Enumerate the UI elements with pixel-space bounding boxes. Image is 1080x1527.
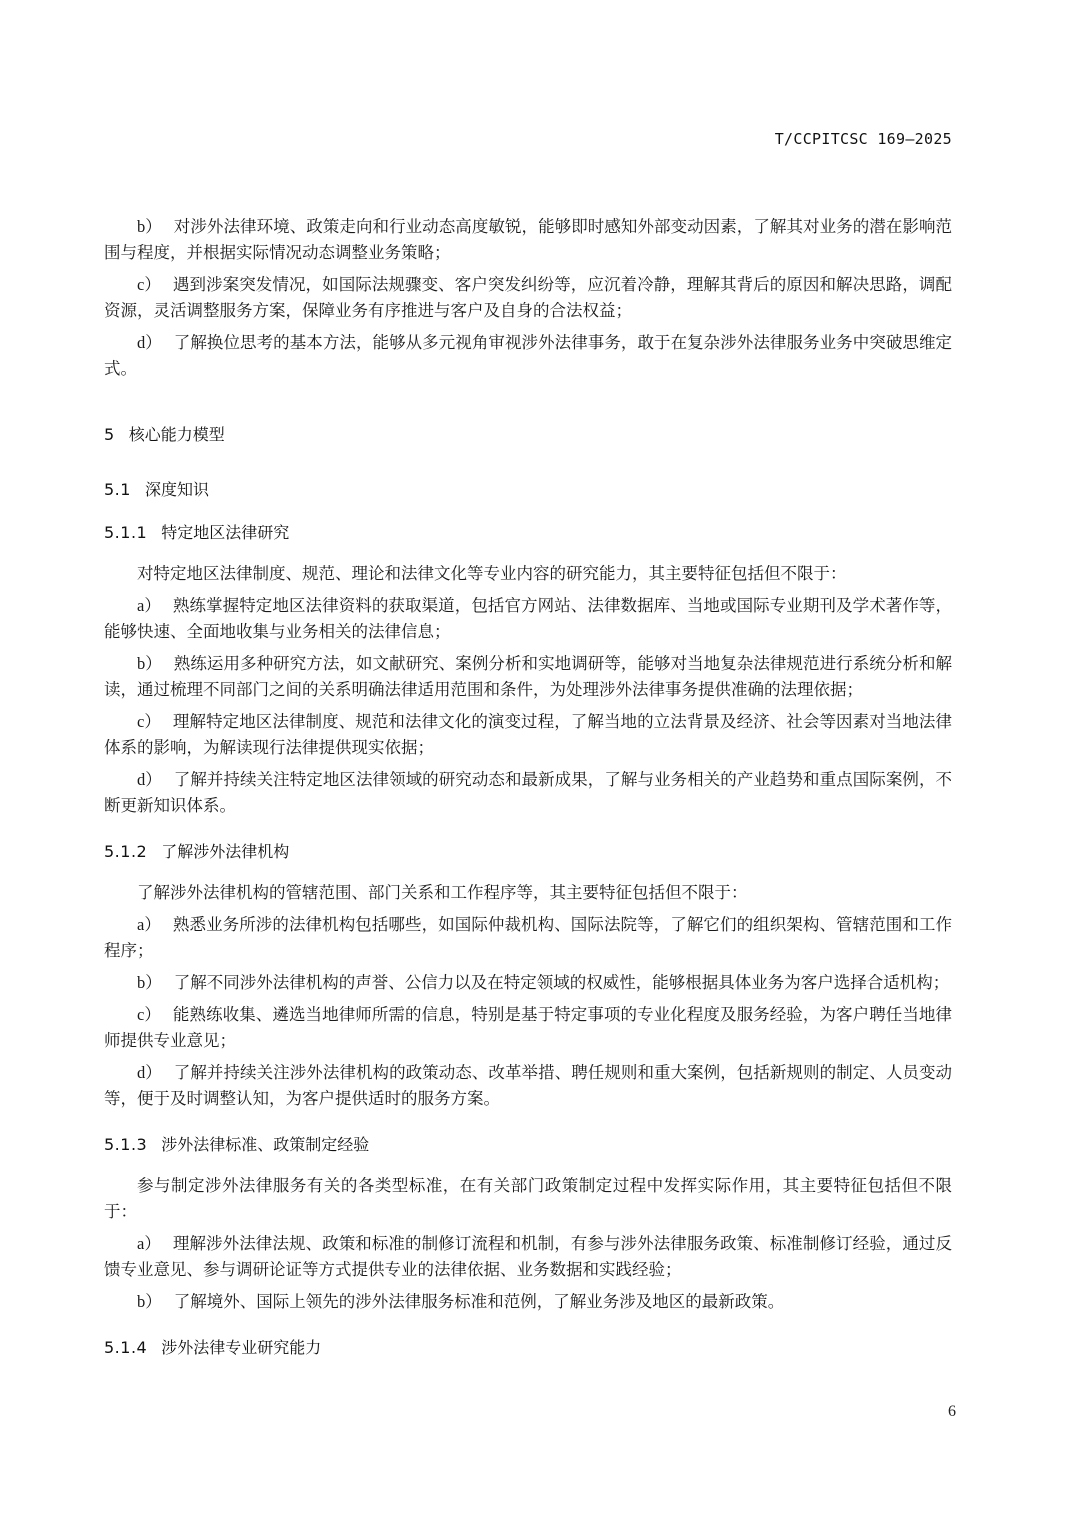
item-text: 了解不同涉外法律机构的声誉、公信力以及在特定领域的权威性，能够根据具体业务为客户… — [174, 973, 950, 992]
clause-heading: 5.1.2了解涉外法律机构 — [104, 839, 952, 862]
section-number: 5 — [104, 425, 115, 444]
clause-heading: 5.1.1特定地区法律研究 — [104, 520, 952, 543]
list-item: a）熟悉业务所涉的法律机构包括哪些，如国际仲裁机构、国际法院等，了解它们的组织架… — [104, 912, 952, 964]
item-label: b） — [137, 214, 162, 240]
section-title: 了解涉外法律机构 — [161, 842, 289, 861]
section-heading: 5核心能力模型 — [104, 422, 952, 445]
section-number: 5.1.4 — [104, 1338, 147, 1357]
item-label: b） — [137, 651, 162, 677]
item-text: 熟练运用多种研究方法，如文献研究、案例分析和实地调研等，能够对当地复杂法律规范进… — [104, 654, 952, 699]
list-item: b）了解境外、国际上领先的涉外法律服务标准和范例，了解业务涉及地区的最新政策。 — [104, 1289, 952, 1315]
list-item: d）了解并持续关注特定地区法律领域的研究动态和最新成果，了解与业务相关的产业趋势… — [104, 767, 952, 819]
section-number: 5.1.1 — [104, 523, 147, 542]
clause-intro: 了解涉外法律机构的管辖范围、部门关系和工作程序等，其主要特征包括但不限于： — [104, 880, 952, 906]
item-label: a） — [137, 912, 161, 938]
clause-intro: 对特定地区法律制度、规范、理论和法律文化等专业内容的研究能力，其主要特征包括但不… — [104, 561, 952, 587]
item-label: c） — [137, 272, 161, 298]
section-title: 涉外法律标准、政策制定经验 — [161, 1135, 369, 1154]
item-label: b） — [137, 970, 162, 996]
item-text: 理解特定地区法律制度、规范和法律文化的演变过程，了解当地的立法背景及经济、社会等… — [104, 712, 952, 757]
section-title: 涉外法律专业研究能力 — [161, 1338, 321, 1357]
item-text: 遇到涉案突发情况，如国际法规骤变、客户突发纠纷等，应沉着冷静，理解其背后的原因和… — [104, 275, 952, 320]
list-item: c）遇到涉案突发情况，如国际法规骤变、客户突发纠纷等，应沉着冷静，理解其背后的原… — [104, 272, 952, 324]
section-number: 5.1.3 — [104, 1135, 147, 1154]
section-number: 5.1 — [104, 480, 131, 499]
document-body: b）对涉外法律环境、政策走向和行业动态高度敏锐，能够即时感知外部变动因素，了解其… — [104, 214, 952, 1358]
list-item: b）了解不同涉外法律机构的声誉、公信力以及在特定领域的权威性，能够根据具体业务为… — [104, 970, 952, 996]
list-item: b）熟练运用多种研究方法，如文献研究、案例分析和实地调研等，能够对当地复杂法律规… — [104, 651, 952, 703]
list-item: d）了解并持续关注涉外法律机构的政策动态、改革举措、聘任规则和重大案例，包括新规… — [104, 1060, 952, 1112]
subsection-heading: 5.1深度知识 — [104, 477, 952, 500]
standard-code: T/CCPITCSC 169—2025 — [775, 130, 952, 148]
list-item: c）理解特定地区法律制度、规范和法律文化的演变过程，了解当地的立法背景及经济、社… — [104, 709, 952, 761]
page-number: 6 — [948, 1403, 956, 1421]
section-number: 5.1.2 — [104, 842, 147, 861]
item-label: b） — [137, 1289, 162, 1315]
item-text: 理解涉外法律法规、政策和标准的制修订流程和机制，有参与涉外法律服务政策、标准制修… — [104, 1234, 952, 1279]
item-text: 对涉外法律环境、政策走向和行业动态高度敏锐，能够即时感知外部变动因素，了解其对业… — [104, 217, 952, 262]
clause-heading: 5.1.3涉外法律标准、政策制定经验 — [104, 1132, 952, 1155]
item-label: c） — [137, 709, 161, 735]
item-text: 熟练掌握特定地区法律资料的获取渠道，包括官方网站、法律数据库、当地或国际专业期刊… — [104, 596, 952, 641]
section-title: 特定地区法律研究 — [161, 523, 289, 542]
section-title: 深度知识 — [145, 480, 209, 499]
document-page: T/CCPITCSC 169—2025 b）对涉外法律环境、政策走向和行业动态高… — [0, 0, 1080, 1527]
item-label: a） — [137, 1231, 161, 1257]
list-item: c）能熟练收集、遴选当地律师所需的信息，特别是基于特定事项的专业化程度及服务经验… — [104, 1002, 952, 1054]
item-label: d） — [137, 767, 162, 793]
item-label: c） — [137, 1002, 161, 1028]
list-item: b）对涉外法律环境、政策走向和行业动态高度敏锐，能够即时感知外部变动因素，了解其… — [104, 214, 952, 266]
item-text: 了解换位思考的基本方法，能够从多元视角审视涉外法律事务，敢于在复杂涉外法律服务业… — [104, 333, 952, 378]
item-text: 了解并持续关注特定地区法律领域的研究动态和最新成果，了解与业务相关的产业趋势和重… — [104, 770, 952, 815]
clause-intro: 参与制定涉外法律服务有关的各类型标准，在有关部门政策制定过程中发挥实际作用，其主… — [104, 1173, 952, 1225]
item-text: 了解境外、国际上领先的涉外法律服务标准和范例，了解业务涉及地区的最新政策。 — [174, 1292, 785, 1311]
clause-heading: 5.1.4涉外法律专业研究能力 — [104, 1335, 952, 1358]
item-text: 了解并持续关注涉外法律机构的政策动态、改革举措、聘任规则和重大案例，包括新规则的… — [104, 1063, 952, 1108]
item-text: 能熟练收集、遴选当地律师所需的信息，特别是基于特定事项的专业化程度及服务经验，为… — [104, 1005, 952, 1050]
item-text: 熟悉业务所涉的法律机构包括哪些，如国际仲裁机构、国际法院等，了解它们的组织架构、… — [104, 915, 952, 960]
list-item: d）了解换位思考的基本方法，能够从多元视角审视涉外法律事务，敢于在复杂涉外法律服… — [104, 330, 952, 382]
list-item: a）熟练掌握特定地区法律资料的获取渠道，包括官方网站、法律数据库、当地或国际专业… — [104, 593, 952, 645]
item-label: d） — [137, 330, 162, 356]
section-title: 核心能力模型 — [129, 425, 225, 444]
item-label: a） — [137, 593, 161, 619]
list-item: a）理解涉外法律法规、政策和标准的制修订流程和机制，有参与涉外法律服务政策、标准… — [104, 1231, 952, 1283]
item-label: d） — [137, 1060, 162, 1086]
